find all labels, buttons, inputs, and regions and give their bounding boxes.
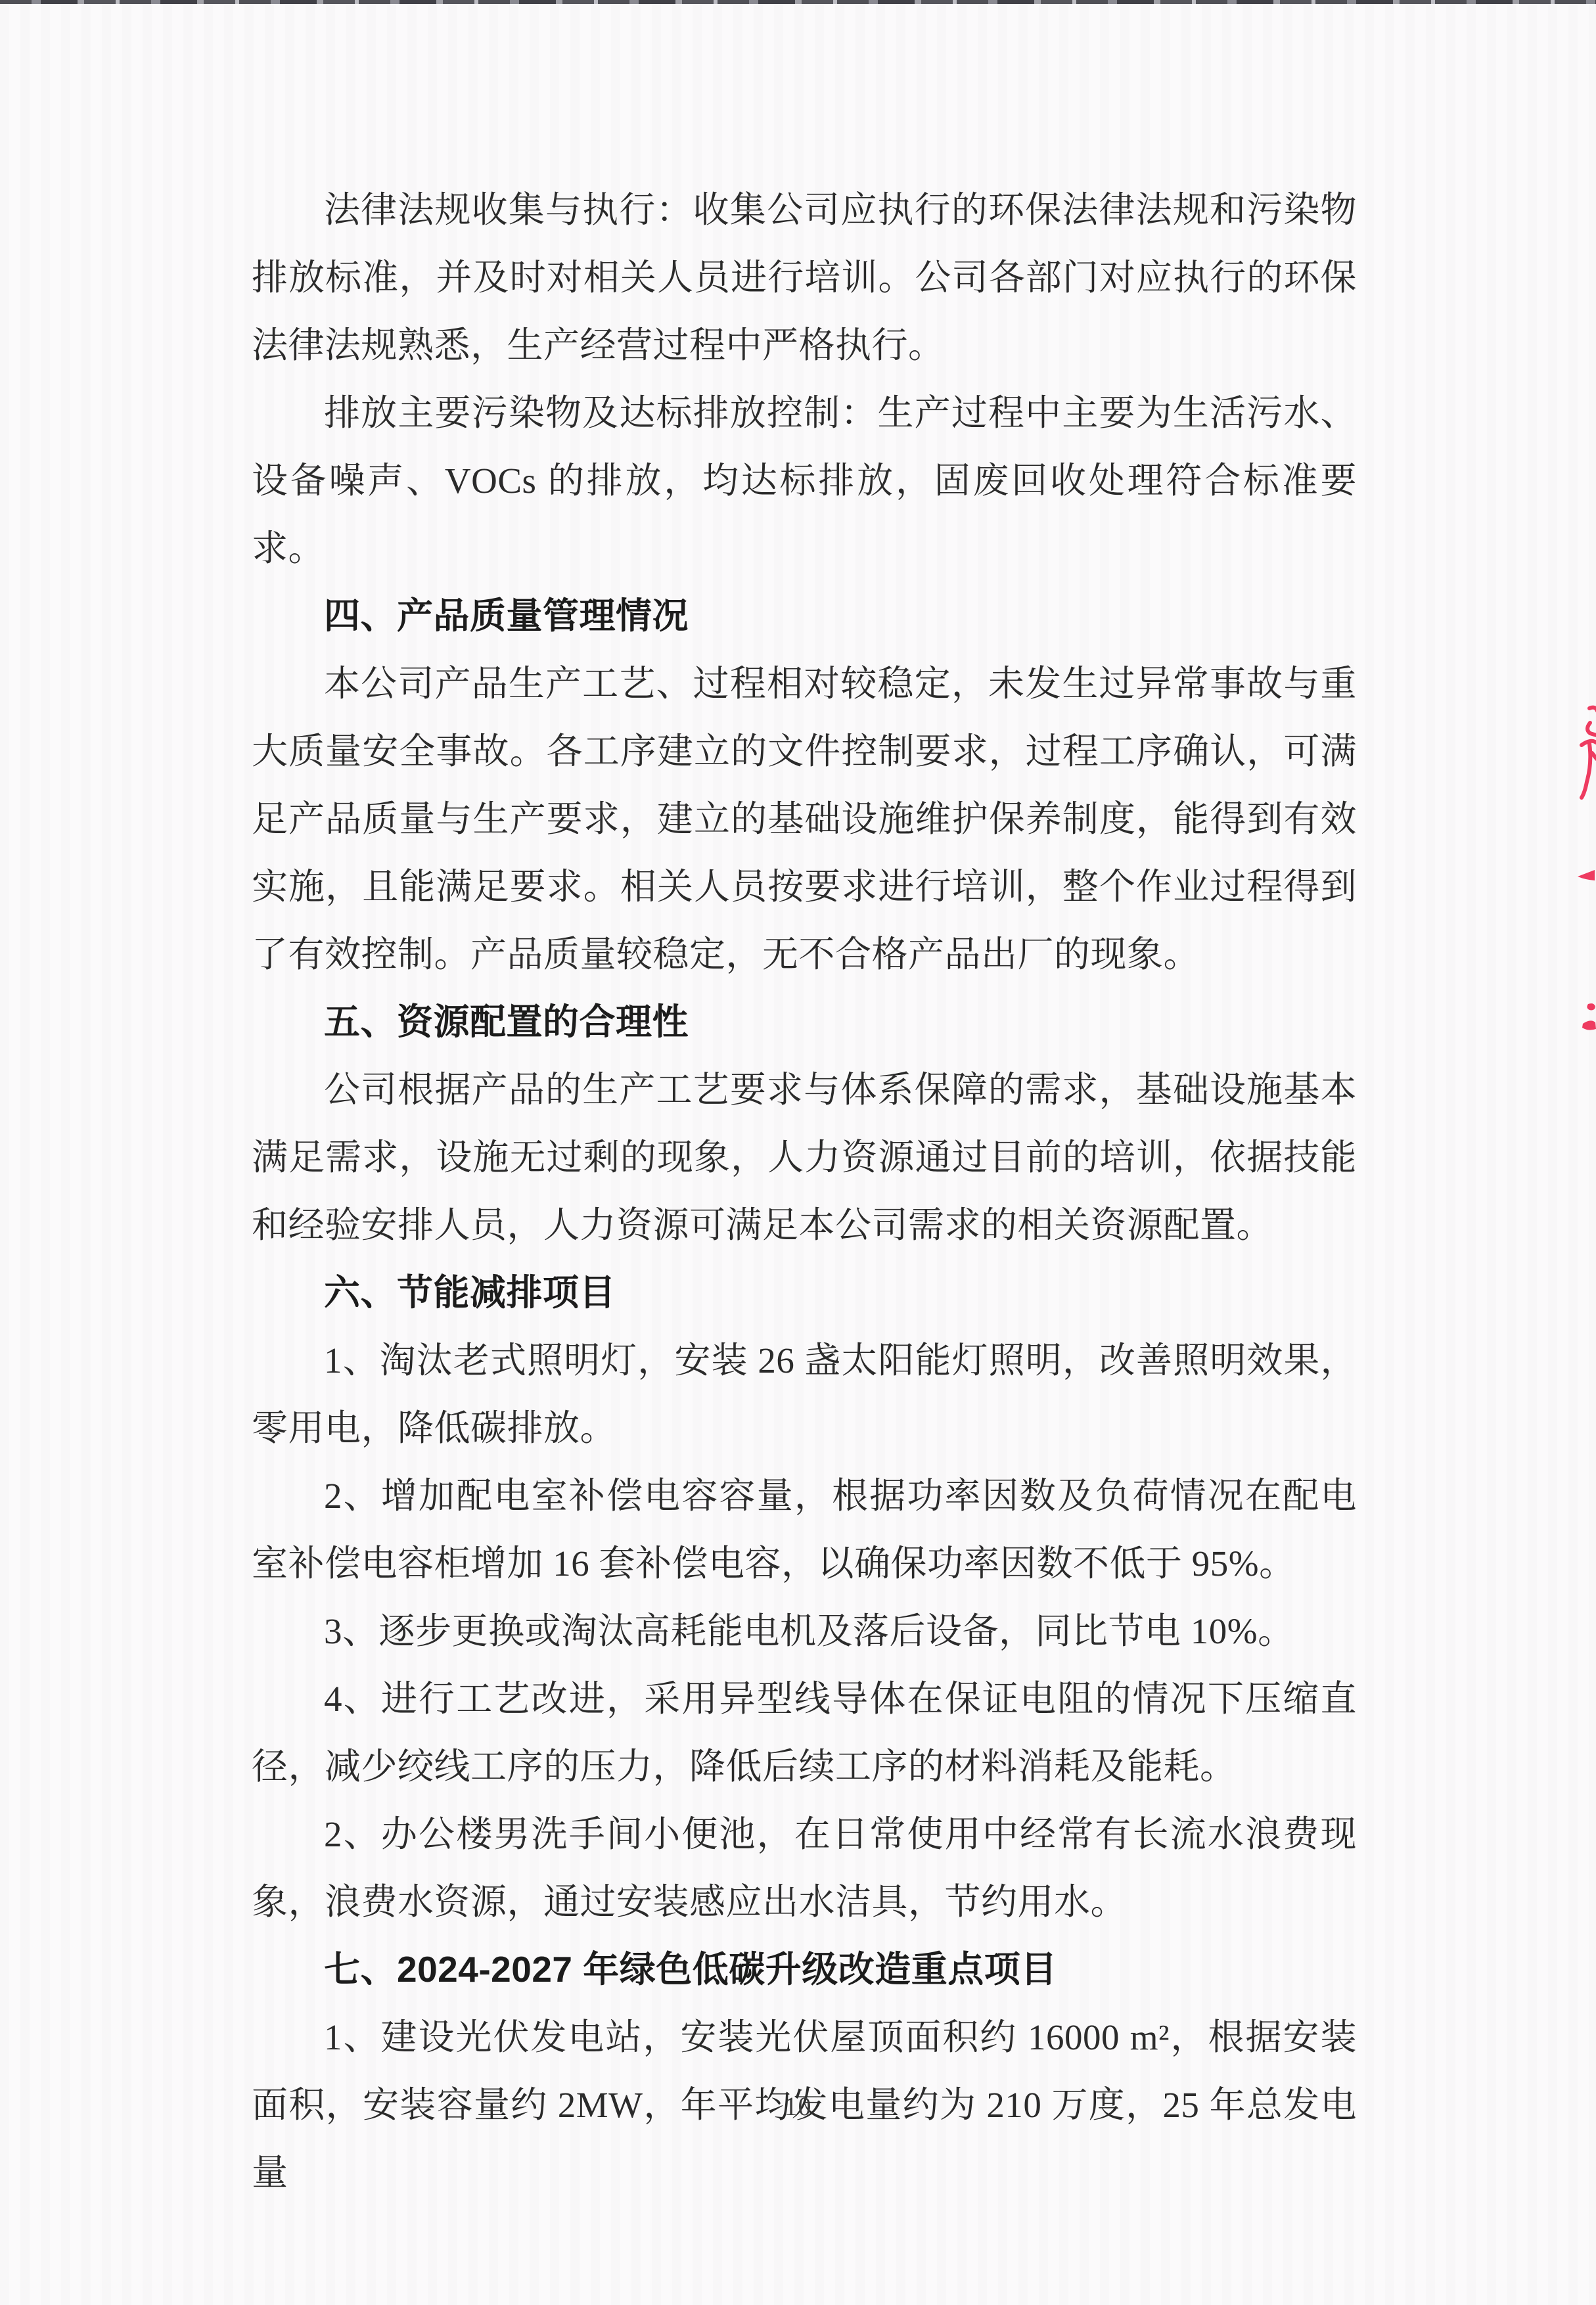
body-paragraph: 本公司产品生产工艺、过程相对较稳定，未发生过异常事故与重大质量安全事故。各工序建…	[252, 650, 1357, 988]
scanner-edge-artifact	[0, 0, 1596, 4]
page-number: 10	[785, 2091, 812, 2121]
body-paragraph: 1、淘汰老式照明灯，安装 26 盏太阳能灯照明，改善照明效果，零用电，降低碳排放…	[252, 1327, 1357, 1462]
body-paragraph: 排放主要污染物及达标排放控制：生产过程中主要为生活污水、设备噪声、VOCs 的排…	[252, 379, 1357, 582]
section-heading: 七、2024-2027 年绿色低碳升级改造重点项目	[252, 1936, 1357, 2003]
red-ink-mark	[1574, 1001, 1596, 1036]
page-footer: 10	[0, 2091, 1596, 2122]
red-triangle-mark-icon	[1576, 869, 1596, 886]
body-paragraph: 2、增加配电室补偿电容容量，根据功率因数及负荷情况在配电室补偿电容柜增加 16 …	[252, 1462, 1357, 1597]
body-paragraph: 2、办公楼男洗手间小便池，在日常使用中经常有长流水浪费现象，浪费水资源，通过安装…	[252, 1800, 1357, 1936]
red-ink-mark	[1576, 869, 1596, 886]
body-paragraph: 4、进行工艺改进，采用异型线导体在保证电阻的情况下压缩直径，减少绞线工序的压力，…	[252, 1665, 1357, 1800]
red-ink-mark	[1570, 704, 1596, 808]
body-paragraph: 公司根据产品的生产工艺要求与体系保障的需求，基础设施基本满足需求，设施无过剩的现…	[252, 1056, 1357, 1259]
section-heading: 六、节能减排项目	[252, 1259, 1357, 1327]
red-dot-marks-icon	[1574, 1001, 1596, 1036]
scanned-document-page: { "page": { "number": "10", "background"…	[0, 0, 1596, 2305]
red-handwriting-fragment-icon	[1570, 704, 1596, 808]
body-paragraph: 3、逐步更换或淘汰高耗能电机及落后设备，同比节电 10%。	[252, 1597, 1357, 1665]
section-heading: 四、产品质量管理情况	[252, 582, 1357, 650]
body-paragraph: 法律法规收集与执行：收集公司应执行的环保法律法规和污染物排放标准，并及时对相关人…	[252, 176, 1357, 379]
section-heading: 五、资源配置的合理性	[252, 988, 1357, 1056]
document-text-block: 法律法规收集与执行：收集公司应执行的环保法律法规和污染物排放标准，并及时对相关人…	[252, 176, 1357, 2206]
